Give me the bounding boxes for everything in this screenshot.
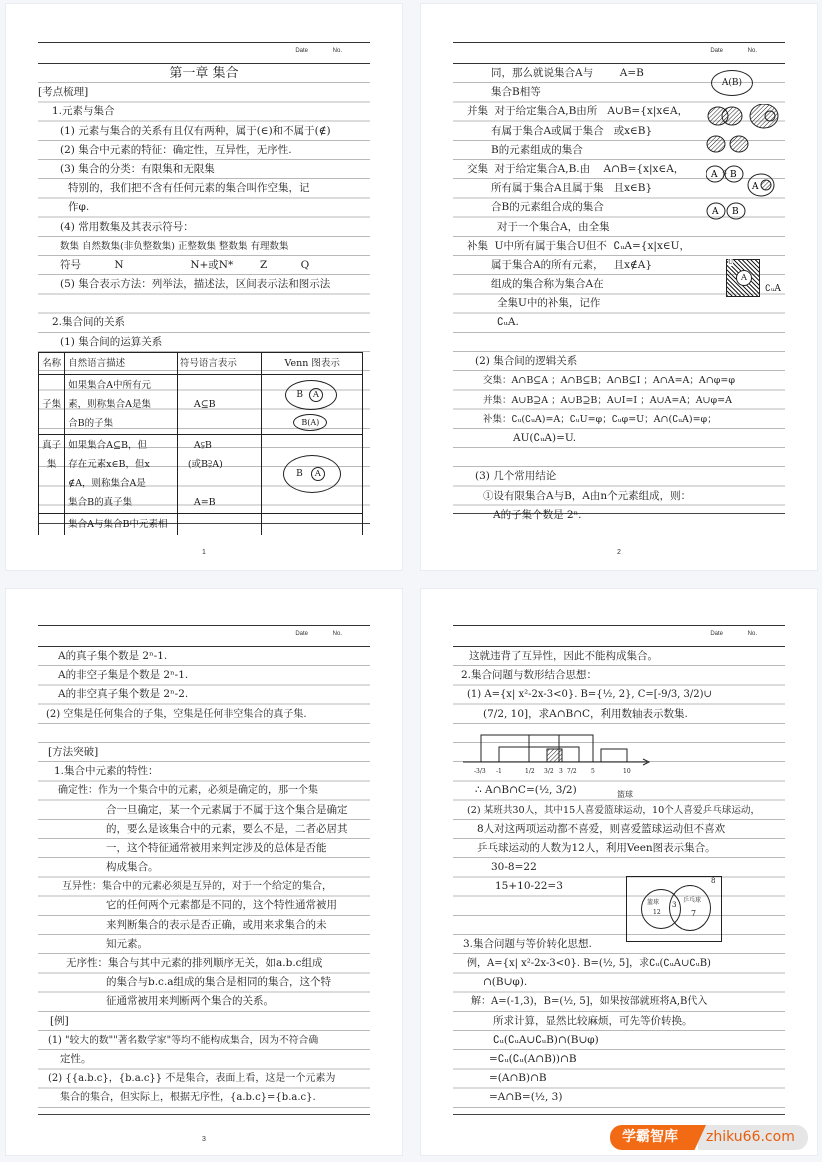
text-line: (2) 集合间的逻辑关系 (453, 352, 785, 371)
table-row: 子集 如果集合A中所有元 素，则称集合A是集 合B的子集 A⊆B BA B(A) (39, 375, 363, 435)
set-relations-table: 名称 自然语言描述 符号语言表示 Venn 图表示 子集 如果集合A中所有元 素… (38, 352, 363, 535)
tick-label: 1/2 (525, 768, 535, 775)
symbol-line: (或B⫌A) (188, 455, 259, 474)
section-heading: [方法突破] (38, 743, 370, 762)
page-3: Date No. A的真子集个数是 2ⁿ-1. A的非空子集是个数是 2ⁿ-1.… (5, 588, 403, 1156)
text-line: 一，这个特征通常被用来判定涉及的总体是否能 (38, 839, 370, 858)
row-name: 真子集 (39, 435, 65, 514)
page-text: 第一章 集合 [考点梳理] 1.元素与集合 (1) 元素与集合的关系有且仅有两种… (38, 64, 370, 352)
text-line: (3) 几个常用结论 (453, 467, 785, 486)
text-line: 例，A={x| x²-2x-3<0}. B=(½, 5]，求∁ᵤ(∁ᵤA∪∁ᵤB… (453, 954, 785, 973)
text-line: 数集 自然数集(非负整数集) 正整数集 整数集 有理数集 (38, 237, 370, 256)
date-label: Date (710, 48, 723, 54)
desc-line: 存在元素x∈B，但x (68, 455, 174, 474)
symbol-line: A⫋B (194, 436, 259, 455)
text-line: 这就违背了互异性，因此不能构成集合。 (453, 647, 785, 666)
text-line: (2) 空集是任何集合的子集，空集是任何非空集合的真子集. (38, 705, 370, 724)
text-line: 并集 对于给定集合A,B由所 A∪B={x|x∈A， (453, 102, 717, 121)
pingpong-label: 乒乓球 (683, 895, 701, 904)
col-header-name: 名称 (39, 353, 65, 375)
page-1: Date No. 第一章 集合 [考点梳理] 1.元素与集合 (1) 元素与集合… (5, 3, 403, 571)
text-line (38, 294, 370, 313)
text-line: (7/2, 10]，求A∩B∩C，利用数轴表示数集. (453, 705, 785, 724)
svg-text:A: A (711, 207, 719, 217)
text-line (453, 448, 785, 467)
text-line: (2) {{a.b.c}，{b.a.c}} 不是集合，表面上看，这是一个元素为 (38, 1069, 370, 1088)
no-label: No. (333, 48, 342, 54)
venn-proper-subset-diagram: BA (283, 455, 341, 493)
text-line: 集合B相等 (453, 83, 717, 102)
text-line: 所求计算，显然比较麻烦，可先等价转换。 (453, 1012, 785, 1031)
table-row: 真子集 如果集合A⊆B，但 存在元素x∈B，但x ∉A，则称集合A是 集合B的真… (39, 435, 363, 514)
text-line: (1) A={x| x²-2x-3<0}. B={½, 2}, C=[-9/3,… (453, 685, 785, 704)
text-line: 构成集合。 (38, 858, 370, 877)
text-line: 补集 U中所有属于集合U但不 ∁ᵤA={x|x∈U， (453, 237, 717, 256)
page-number: 2 (421, 549, 817, 556)
page-header: Date No. (453, 625, 785, 647)
text-line: (2) 某班共30人，其中15人喜爱篮球运动，10个人喜爱乒乓球运动， (453, 801, 785, 820)
row-venn: BA (262, 435, 363, 514)
text-line: 所有属于集合A且属于集 且x∈B} (453, 179, 717, 198)
text-line: 定性。 (38, 1050, 370, 1069)
desc-line: 如果集合A中所有元 (68, 376, 174, 395)
date-label: Date (295, 631, 308, 637)
page-2: Date No. 同，那么就说集合A与 A=B 集合B相等 并集 对于给定集合A… (420, 3, 818, 571)
row-symbol: A⫋B (或B⫌A) A=B (177, 435, 262, 514)
text-line: (3) 集合的分类：有限集和无限集 (38, 160, 370, 179)
venn-complement-diagram: U A (726, 259, 760, 297)
page-header: Date No. (453, 42, 785, 64)
page-text: 同，那么就说集合A与 A=B 集合B相等 并集 对于给定集合A,B由所 A∪B=… (453, 64, 717, 333)
set-a-circle: A (736, 270, 752, 286)
text-line: 的集合与b.c.a组成的集合是相同的集合，这个特 (38, 973, 370, 992)
tick-label: 10 (623, 768, 631, 775)
text-line: 30-8=22 (453, 858, 785, 877)
date-label: Date (710, 631, 723, 637)
row-desc: 集合A与集合B中元素相 (65, 514, 178, 536)
page-number: 3 (6, 1136, 402, 1143)
text-line: ∁ᵤ(∁ᵤA∪∁ᵤB)∩(B∪φ) (453, 1031, 785, 1050)
text-line: 无序性：集合与其中元素的排列顺序无关，如a.b.c组成 (38, 954, 370, 973)
no-label: No. (748, 48, 757, 54)
no-label: No. (748, 631, 757, 637)
text-line: A的真子集个数是 2ⁿ-1. (38, 647, 370, 666)
page-text: A的真子集个数是 2ⁿ-1. A的非空子集是个数是 2ⁿ-1. A的非空真子集个… (38, 647, 370, 1108)
text-line: A的非空子集是个数是 2ⁿ-1. (38, 666, 370, 685)
text-line: 作φ. (38, 198, 370, 217)
text-line: 8人对这两项运动都不喜爱，则喜爱篮球运动但不喜欢 (453, 820, 785, 839)
text-line: ①设有限集合A与B，A由n个元素组成，则： (453, 487, 785, 506)
text-line: (5) 集合表示方法：列举法，描述法，区间表示法和图示法 (38, 275, 370, 294)
text-line: 的，要么是该集合中的元素，要么不是，二者必居其 (38, 820, 370, 839)
text-line: 组成的集合称为集合A在 (453, 275, 717, 294)
text-line: 知元素。 (38, 935, 370, 954)
text-line: 合B的元素组合成的集合 (453, 198, 717, 217)
desc-line: 合B的子集 (68, 414, 174, 433)
row-desc: 如果集合A⊆B，但 存在元素x∈B，但x ∉A，则称集合A是 集合B的真子集 (65, 435, 178, 514)
text-line: 来判断集合的表示是否正确，或用来求集合的未 (38, 916, 370, 935)
text-line: 符号 N N+或N* Z Q (38, 256, 370, 275)
page-text-lower: (2) 集合间的逻辑关系 交集：A∩B⊆A ；A∩B⊆B；A∩B⊆I ；A∩A=… (453, 333, 785, 525)
text-line (453, 333, 785, 352)
desc-line: 素，则称集合A是集 (68, 395, 174, 414)
svg-text:A: A (751, 182, 759, 192)
overlap-value: 3 (672, 901, 676, 909)
text-line: 2.集合问题与数形结合思想： (453, 666, 785, 685)
tick-label: 3/2 (544, 768, 554, 775)
pingpong-only-value: 7 (691, 909, 696, 918)
table-row: 集合A与集合B中元素相 (39, 514, 363, 536)
example-heading: [例] (38, 1012, 370, 1031)
watermark-brand: 学霸智库 (610, 1125, 706, 1150)
text-line: 并集：A∪B⊇A ；A∪B⊇B；A∪I=I ；A∪A=A；A∪φ=A (453, 391, 785, 410)
text-line: (1) "较大的数""著名数学家"等均不能构成集合，因为不符合确 (38, 1031, 370, 1050)
basketball-label: 篮球 (647, 897, 659, 906)
text-line: 乒乓球运动的人数为12人，利用Veen图表示集合。 (453, 839, 785, 858)
text-line: 属于集合A的所有元素， 且x∉A} (453, 256, 717, 275)
text-line: (1) 集合间的运算关系 (38, 333, 370, 352)
venn-sports-diagram: 篮球 12 3 乒乓球 7 8 (626, 876, 722, 942)
number-line-diagram: -3/3 -1 1/2 3/2 3 7/2 5 10 (459, 729, 659, 781)
complement-label: ∁ᵤA (765, 284, 781, 294)
venn-subset-diagram: BA (285, 380, 337, 410)
row-name (39, 514, 65, 536)
row-venn (262, 514, 363, 536)
tick-label: -1 (496, 768, 502, 775)
text-line: 对于一个集合A，由全集 (453, 218, 717, 237)
row-symbol (177, 514, 262, 536)
symbol-line: A=B (194, 493, 259, 512)
row-desc: 如果集合A中所有元 素，则称集合A是集 合B的子集 (65, 375, 178, 435)
text-line: 有属于集合A或属于集合 或x∈B} (453, 122, 717, 141)
venn-union-diagrams: A B A A B (706, 104, 806, 234)
desc-line: ∉A，则称集合A是 (68, 474, 174, 493)
col-header-symbol: 符号语言表示 (177, 353, 262, 375)
svg-text:B: B (730, 170, 737, 180)
text-line: (1) 元素与集合的关系有且仅有两种，属于(∈)和不属于(∉) (38, 122, 370, 141)
text-line: 合一旦确定，某一个元素属于不属于这个集合是确定 (38, 801, 370, 820)
svg-text:A: A (710, 170, 718, 180)
text-line: =∁ᵤ(∁ᵤ(A∩B))∩B (453, 1050, 785, 1069)
text-line: =(A∩B)∩B (453, 1069, 785, 1088)
text-line: 集合的集合，但实际上，根据无序性，{a.b.c}={b.a.c}. (38, 1088, 370, 1107)
basketball-only-value: 12 (653, 909, 661, 916)
text-line: (4) 常用数集及其表示符号： (38, 218, 370, 237)
text-line: 补集：∁ᵤ(∁ᵤA)=A；∁ᵤU=φ；∁ᵤφ=U；A∩(∁ᵤA)=φ； (453, 410, 785, 429)
text-line: 特别的，我们把不含有任何元素的集合叫作空集，记 (38, 179, 370, 198)
desc-line: 如果集合A⊆B，但 (68, 436, 174, 455)
svg-text:B: B (732, 207, 739, 217)
desc-line: 集合B的真子集 (68, 493, 174, 512)
outside-value: 8 (711, 877, 715, 885)
page-text: 这就违背了互异性，因此不能构成集合。 2.集合问题与数形结合思想： (1) A=… (453, 647, 785, 1108)
desc-line: 集合A与集合B中元素相 (68, 515, 174, 534)
text-line (38, 724, 370, 743)
venn-equal-diagram: B(A) (293, 414, 327, 431)
section-heading: 3.集合问题与等价转化思想. (453, 935, 785, 954)
date-label: Date (295, 48, 308, 54)
text-line: 1.元素与集合 (38, 102, 370, 121)
text-line: 确定性：作为一个集合中的元素，必须是确定的，那一个集 (38, 781, 370, 800)
text-line: AU(∁ᵤA)=U. (453, 429, 785, 448)
tick-label: 7/2 (567, 768, 577, 775)
row-symbol: A⊆B (177, 375, 262, 435)
page-number: 1 (6, 549, 402, 556)
text-line: ∩(B∪φ). (453, 973, 785, 992)
page-4: Date No. 这就违背了互异性，因此不能构成集合。 2.集合问题与数形结合思… (420, 588, 818, 1156)
page-header: Date No. (38, 42, 370, 64)
text-line: A的非空真子集个数是 2ⁿ-2. (38, 685, 370, 704)
text-line: 1.集合中元素的特性： (38, 762, 370, 781)
no-label: No. (333, 631, 342, 637)
text-line: 15+10-22=3 (453, 877, 785, 896)
row-venn: BA B(A) (262, 375, 363, 435)
text-line: 2.集合间的关系 (38, 313, 370, 332)
tick-label: 3 (559, 768, 563, 775)
text-line: 交集：A∩B⊆A ；A∩B⊆B；A∩B⊆I ；A∩A=A；A∩φ=φ (453, 371, 785, 390)
col-header-venn: Venn 图表示 (262, 353, 363, 375)
text-line: (2) 集合中元素的特征：确定性，互异性，无序性. (38, 141, 370, 160)
text-line: 征通常被用来判断两个集合的关系。 (38, 992, 370, 1011)
basketball-annotation: 篮球 (617, 789, 633, 800)
text-line (453, 896, 785, 915)
text-line: 解：A=(-1,3)，B=(½, 5]，如果按部就班将A,B代入 (453, 992, 785, 1011)
page-header: Date No. (38, 625, 370, 647)
tick-label: -3/3 (474, 768, 486, 775)
section-heading: [考点梳理] (38, 83, 370, 102)
text-line: =A∩B=(½, 3) (453, 1088, 785, 1107)
venn-equal-set-diagram: A(B) (711, 70, 753, 96)
row-name: 子集 (39, 375, 65, 435)
text-line: B的元素组成的集合 (453, 141, 717, 160)
text-line: 交集 对于给定集合A,B.由 A∩B={x|x∈A， (453, 160, 717, 179)
text-line: 它的任何两个元素都是不同的，这个特性通常被用 (38, 896, 370, 915)
col-header-desc: 自然语言描述 (65, 353, 178, 375)
chapter-title: 第一章 集合 (38, 64, 370, 83)
text-line: 全集U中的补集，记作 (453, 294, 717, 313)
text-line: A的子集个数是 2ⁿ. (453, 506, 785, 525)
text-line: ∁ᵤA. (453, 313, 717, 332)
watermark-badge: 学霸智库 zhiku66.com (610, 1125, 808, 1150)
text-line (453, 916, 785, 935)
tick-label: 5 (591, 768, 595, 775)
table-header-row: 名称 自然语言描述 符号语言表示 Venn 图表示 (39, 353, 363, 375)
text-line: 互异性：集合中的元素必须是互异的，对于一个给定的集合， (38, 877, 370, 896)
watermark-url: zhiku66.com (698, 1125, 808, 1150)
universal-set-label: U (728, 259, 733, 266)
text-line: 同，那么就说集合A与 A=B (453, 64, 717, 83)
